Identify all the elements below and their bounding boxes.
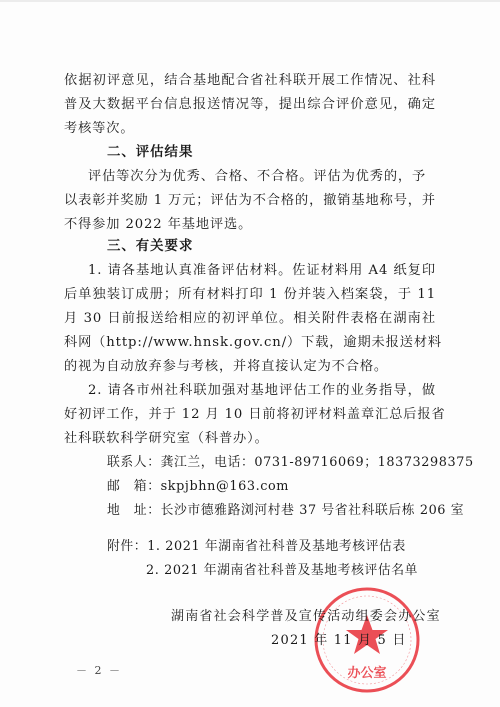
req1-line-4-url: 科网（http://www.hnsk.gov.cn/）下载，逾期未报送材料 (64, 334, 436, 352)
intro-line-3: 考核等次。 (64, 120, 436, 138)
intro-line-1: 依据初评意见，结合基地配合省社科联开展工作情况、社科 (64, 72, 436, 90)
attachment-1: 附件：1. 2021 年湖南省社科普及基地考核评估表 (107, 538, 479, 556)
req2-line-3: 社科联软科学研究室（科普办）。 (64, 430, 436, 448)
req2-line-1: 2. 请各市州社科联加强对基地评估工作的业务指导，做 (88, 382, 436, 400)
req1-line-3: 月 30 日前报送给相应的初评单位。相关附件表格在湖南社 (64, 310, 436, 328)
signature-date: 2021 年 11 月 5 日 (271, 629, 407, 648)
contact-person: 联系人：龚江兰，电话：0731-89716069；18373298375 (107, 454, 479, 472)
attachment-2: 2. 2021 年湖南省社科普及基地考核评估名单 (146, 562, 500, 580)
intro-line-2: 普及大数据平台信息报送情况等，提出综合评价意见，确定 (64, 96, 436, 114)
page-number: － 2 － (76, 662, 122, 678)
req1-line-1: 1. 请各基地认真准备评估材料。佐证材料用 A4 纸复印 (88, 262, 436, 280)
svg-text:办公室: 办公室 (347, 665, 386, 681)
section-heading-results: 二、评估结果 (107, 144, 479, 162)
section-heading-requirements: 三、有关要求 (107, 238, 479, 256)
results-line-1: 评估等次分为优秀、合格、不合格。评估为优秀的，予 (88, 168, 436, 186)
req1-line-2: 后单独装订成册；所有材料打印 1 份并装入档案袋，于 11 (64, 286, 436, 304)
document-page: 依据初评意见，结合基地配合省社科联开展工作情况、社科 普及大数据平台信息报送情况… (0, 0, 500, 707)
signature-organization: 湖南省社会科学普及宣传活动组委会办公室 (171, 605, 441, 624)
req2-line-2: 好初评工作，并于 12 月 10 日前将初评材料盖章汇总后报省 (64, 406, 436, 424)
results-line-2: 以表彰并奖励 1 万元；评估为不合格的，撤销基地称号，并 (64, 192, 436, 210)
results-line-3: 不得参加 2022 年基地评选。 (64, 216, 436, 234)
contact-email: 邮 箱：skpjbhn@163.com (107, 478, 479, 496)
contact-address: 地 址：长沙市德雅路浏河村巷 37 号省社科联后栋 206 室 (107, 502, 479, 520)
req1-line-5: 的视为自动放弃参与考核，并将直接认定为不合格。 (64, 358, 436, 376)
